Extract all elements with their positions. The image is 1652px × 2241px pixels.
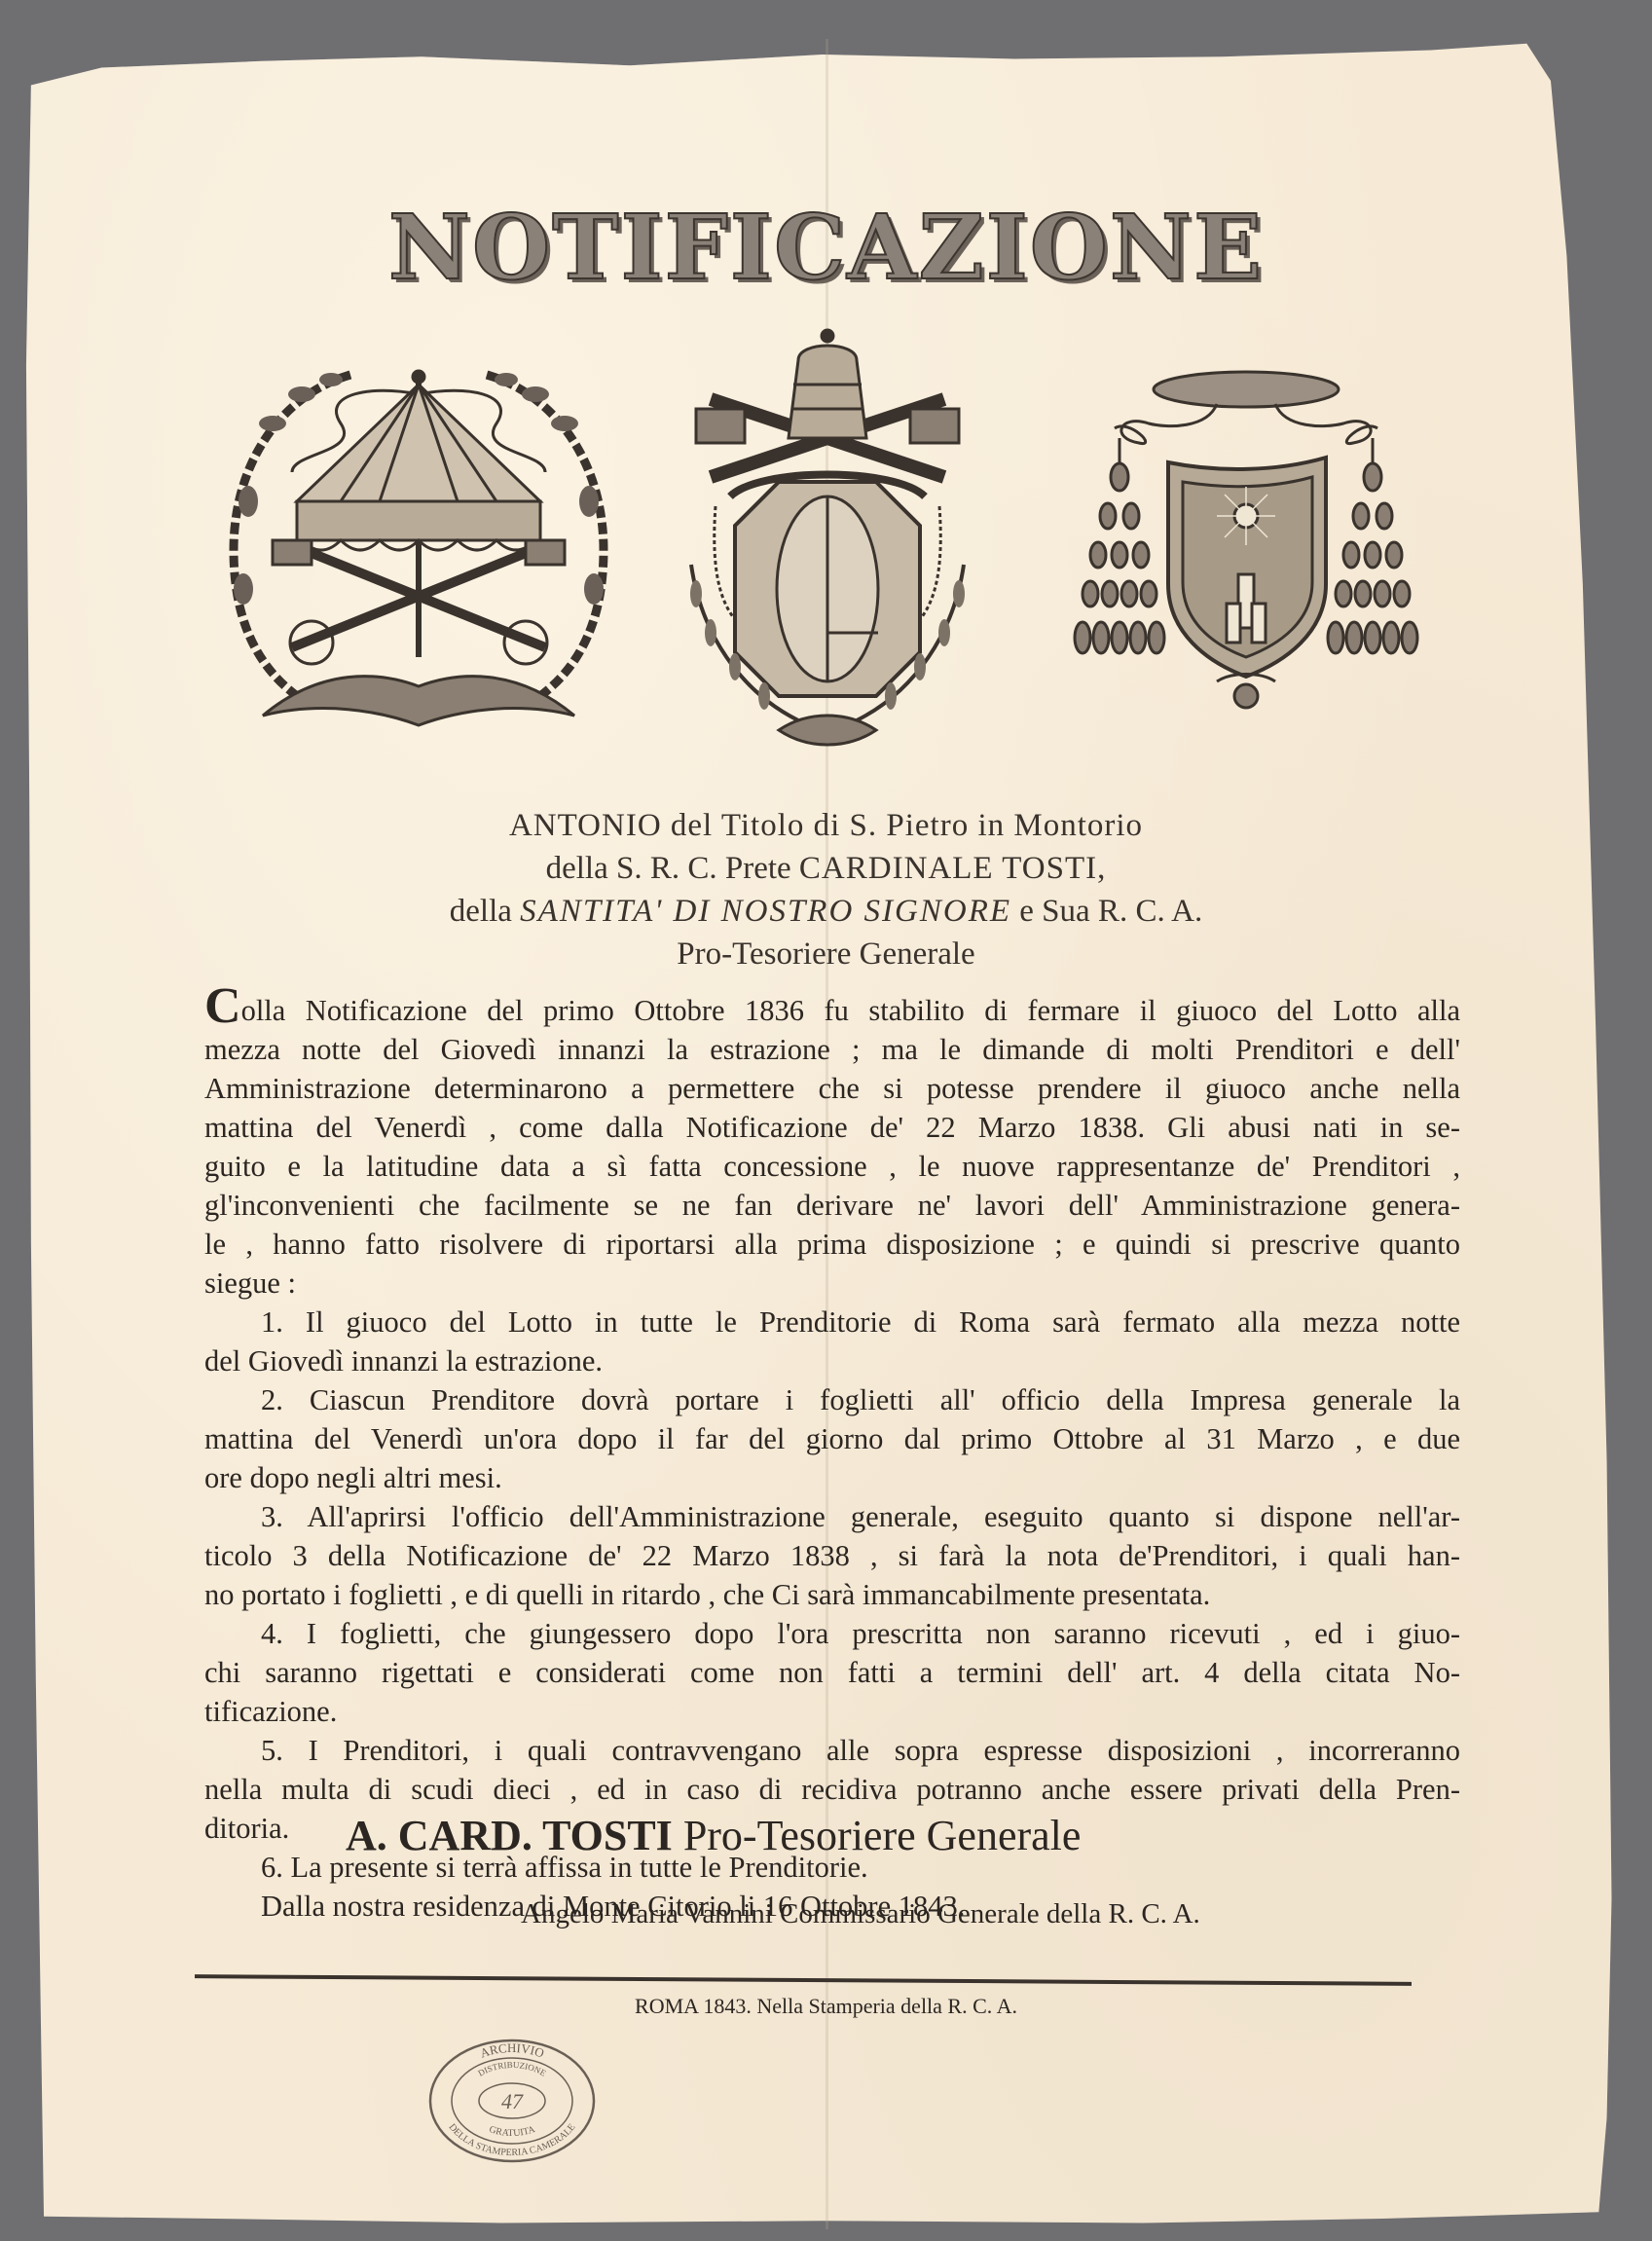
preamble-line: siegue : [204, 1264, 1460, 1303]
article-1: 1. Il giuoco del Lotto in tutte le Prend… [204, 1303, 1460, 1380]
article-line: 5. I Prenditori, i quali contravvengano … [204, 1731, 1460, 1770]
article-3: 3. All'aprirsi l'officio dell'Amministra… [204, 1497, 1460, 1614]
preamble: Colla Notificazione del primo Ottobre 18… [204, 991, 1460, 1303]
article-text: All'aprirsi l'officio dell'Amministrazio… [307, 1500, 1460, 1533]
article-line: 3. All'aprirsi l'officio dell'Amministra… [204, 1497, 1460, 1536]
stamp-number: 47 [501, 2089, 524, 2113]
article-line: del Giovedì innanzi la estrazione. [204, 1341, 1460, 1380]
article-line: chi saranno rigettati e considerati come… [204, 1653, 1460, 1692]
article-line: nella multa di scudi dieci , ed in caso … [204, 1770, 1460, 1809]
article-number: 2. [261, 1383, 283, 1416]
issuer-line-2: della S. R. C. Prete CARDINALE TOSTI, [0, 847, 1652, 890]
article-text: Ciascun Prenditore dovrà portare i fogli… [310, 1383, 1460, 1416]
papal-umbraculum-keys-emblem-icon [204, 336, 633, 745]
preamble-line: gl'inconvenienti che facilmente se ne fa… [204, 1186, 1460, 1225]
notice-body: Colla Notificazione del primo Ottobre 18… [204, 991, 1460, 1926]
article-line: ticolo 3 della Notificazione de' 22 Marz… [204, 1536, 1460, 1575]
issuer-office: Pro-Tesoriere Generale [677, 937, 974, 972]
signature: A. CARD. TOSTI Pro-Tesoriere Generale [346, 1811, 1081, 1860]
article-number: 1. [261, 1305, 283, 1339]
issuer-line-3-prefix: della [450, 894, 520, 929]
article-number: 3. [261, 1500, 283, 1533]
document-title: NOTIFICAZIONE [0, 195, 1652, 300]
archive-stamp-icon: ARCHIVIO DELLA STAMPERIA CAMERALE DISTRI… [426, 2037, 598, 2165]
article-number: 6. [261, 1851, 283, 1884]
article-line: 1. Il giuoco del Lotto in tutte le Prend… [204, 1303, 1460, 1341]
article-2: 2. Ciascun Prenditore dovrà portare i fo… [204, 1380, 1460, 1497]
stamp-outer-bottom: DELLA STAMPERIA CAMERALE [447, 2122, 578, 2158]
svg-text:DISTRIBUZIONE: DISTRIBUZIONE [476, 2060, 548, 2078]
article-number: 4. [261, 1617, 283, 1650]
signatory-name: A. CARD. TOSTI [346, 1812, 673, 1859]
article-text: Il giuoco del Lotto in tutte le Prendito… [306, 1305, 1460, 1339]
article-line: tificazione. [204, 1692, 1460, 1731]
signatory-title: Pro-Tesoriere Generale [673, 1812, 1082, 1859]
article-line: mattina del Venerdì un'ora dopo il far d… [204, 1419, 1460, 1458]
stamp-inner-bottom: GRATUITA [488, 2124, 537, 2139]
santita-title: SANTITA' DI NOSTRO SIGNORE [520, 894, 1011, 929]
svg-text:GRATUITA: GRATUITA [488, 2124, 537, 2139]
issuer-name: ANTONIO del Titolo di S. Pietro in Monto… [509, 808, 1143, 843]
papal-coat-of-arms-icon [642, 321, 1012, 759]
cardinal-name: CARDINALE TOSTI, [799, 851, 1106, 886]
article-line: ore dopo negli altri mesi. [204, 1458, 1460, 1497]
countersignature: Angelo Maria Vannini Commissario General… [521, 1898, 1200, 1930]
preamble-text: olla Notificazione del primo Ottobre 183… [241, 994, 1460, 1027]
svg-text:DELLA STAMPERIA CAMERALE: DELLA STAMPERIA CAMERALE [447, 2122, 578, 2158]
stamp-inner-top: DISTRIBUZIONE [476, 2060, 548, 2078]
preamble-line: mattina del Venerdì , come dalla Notific… [204, 1108, 1460, 1147]
drop-cap: C [204, 978, 241, 1034]
issuer-line-1: ANTONIO del Titolo di S. Pietro in Monto… [0, 804, 1652, 847]
article-line: 2. Ciascun Prenditore dovrà portare i fo… [204, 1380, 1460, 1419]
preamble-line: le , hanno fatto risolvere di riportarsi… [204, 1225, 1460, 1264]
article-line: no portato i foglietti , e di quelli in … [204, 1575, 1460, 1614]
preamble-line: guito e la latitudine data a sì fatta co… [204, 1147, 1460, 1186]
article-line: 4. I foglietti, che giungessero dopo l'o… [204, 1614, 1460, 1653]
issuer-line-3-suffix: e Sua R. C. A. [1011, 894, 1202, 929]
article-number: 5. [261, 1734, 283, 1767]
article-text: I foglietti, che giungessero dopo l'ora … [307, 1617, 1460, 1650]
cardinal-coat-of-arms-icon [1071, 360, 1421, 730]
issuer-line-2-prefix: della S. R. C. Prete [546, 851, 799, 886]
issuer-line-3: della SANTITA' DI NOSTRO SIGNORE e Sua R… [0, 890, 1652, 933]
preamble-line: Amministrazione determinarono a permette… [204, 1069, 1460, 1108]
article-4: 4. I foglietti, che giungessero dopo l'o… [204, 1614, 1460, 1731]
printer-imprint: ROMA 1843. Nella Stamperia della R. C. A… [0, 1994, 1652, 2019]
article-text: I Prenditori, i quali contravvengano all… [309, 1734, 1460, 1767]
preamble-line: Colla Notificazione del primo Ottobre 18… [204, 991, 1460, 1030]
issuer-line-4: Pro-Tesoriere Generale [0, 933, 1652, 975]
preamble-line: mezza notte del Giovedì innanzi la estra… [204, 1030, 1460, 1069]
